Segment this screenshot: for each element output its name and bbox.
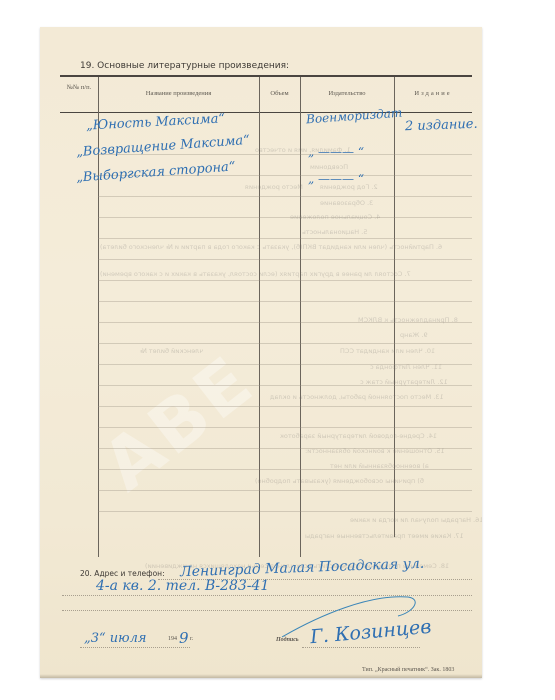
bleed-line: 9. Жанр [400, 331, 428, 339]
bleed-line: 10. Член или кандидат ССП [340, 347, 435, 355]
bleed-line: членский билет № [140, 347, 203, 355]
date-day-month: „3“ июля [84, 631, 147, 646]
column-header-number: №№ п/п. [62, 83, 96, 92]
year-suffix: г. [190, 636, 193, 642]
table-col-divider [259, 77, 260, 557]
signature-rule [302, 647, 420, 648]
address-line-2: 4-а кв. 2. тел. В-283-41 [96, 578, 269, 594]
column-header-volume: Объем [259, 90, 300, 97]
bleed-line: 17. Какие имеет правительственные наград… [305, 532, 464, 540]
bleed-line: Псевдоним [310, 163, 348, 171]
column-header-edition: Издание [394, 90, 472, 97]
bleed-line: 6. Партийность (член или кандидат ВКП(б)… [100, 243, 442, 251]
bleed-line: 14. Средне-годовой литературный заработо… [280, 432, 437, 440]
work-title: „Выборгская сторона“ [76, 159, 236, 185]
work-edition: 2 издание. [405, 117, 478, 135]
signature-flourish [280, 590, 420, 640]
section-19-title: 19. Основные литературные произведения: [80, 61, 289, 71]
column-header-title: Название произведения [98, 90, 259, 97]
work-title: „Возвращение Максима“ [76, 133, 251, 160]
table-header-rule [60, 112, 472, 113]
year-handwritten: 9 [179, 629, 189, 647]
bleed-line: Место рождения [245, 183, 303, 191]
table-col-divider [300, 77, 301, 557]
work-publisher: Военмориздат [306, 106, 403, 127]
document-page: АВЕ 1. Фамилия, имя и отчество Псевдоним… [40, 27, 482, 678]
year-printed: 194 [168, 636, 177, 642]
bleed-line: 13. Место постоянной работы, должность и… [270, 393, 444, 401]
work-publisher: „ ——— “ [308, 172, 364, 186]
address-line-1: Ленинград Малая Посадская ул. [180, 556, 425, 581]
table-top-rule [60, 75, 472, 77]
column-header-publisher: Издательство [300, 90, 394, 97]
bleed-line: б) причины освобождения (указывать подро… [255, 477, 424, 485]
printer-imprint: Тип. „Красный печатник“. Зак. 1803 [362, 667, 454, 673]
table-col-divider [394, 77, 395, 537]
bleed-line: 7. Состоял ли ранее в других партиях (ес… [100, 270, 411, 278]
bleed-line: 16. Награды получал ли когда и какие [350, 516, 482, 524]
work-title: „Юность Максима“ [86, 111, 226, 133]
date-rule [80, 647, 190, 648]
work-publisher: „ ——— “ [308, 145, 364, 159]
address-label: 20. Адрес и телефон: [80, 569, 165, 578]
bleed-line: 3. Образование [320, 199, 373, 207]
bleed-line: 5. Национальность [302, 228, 367, 236]
